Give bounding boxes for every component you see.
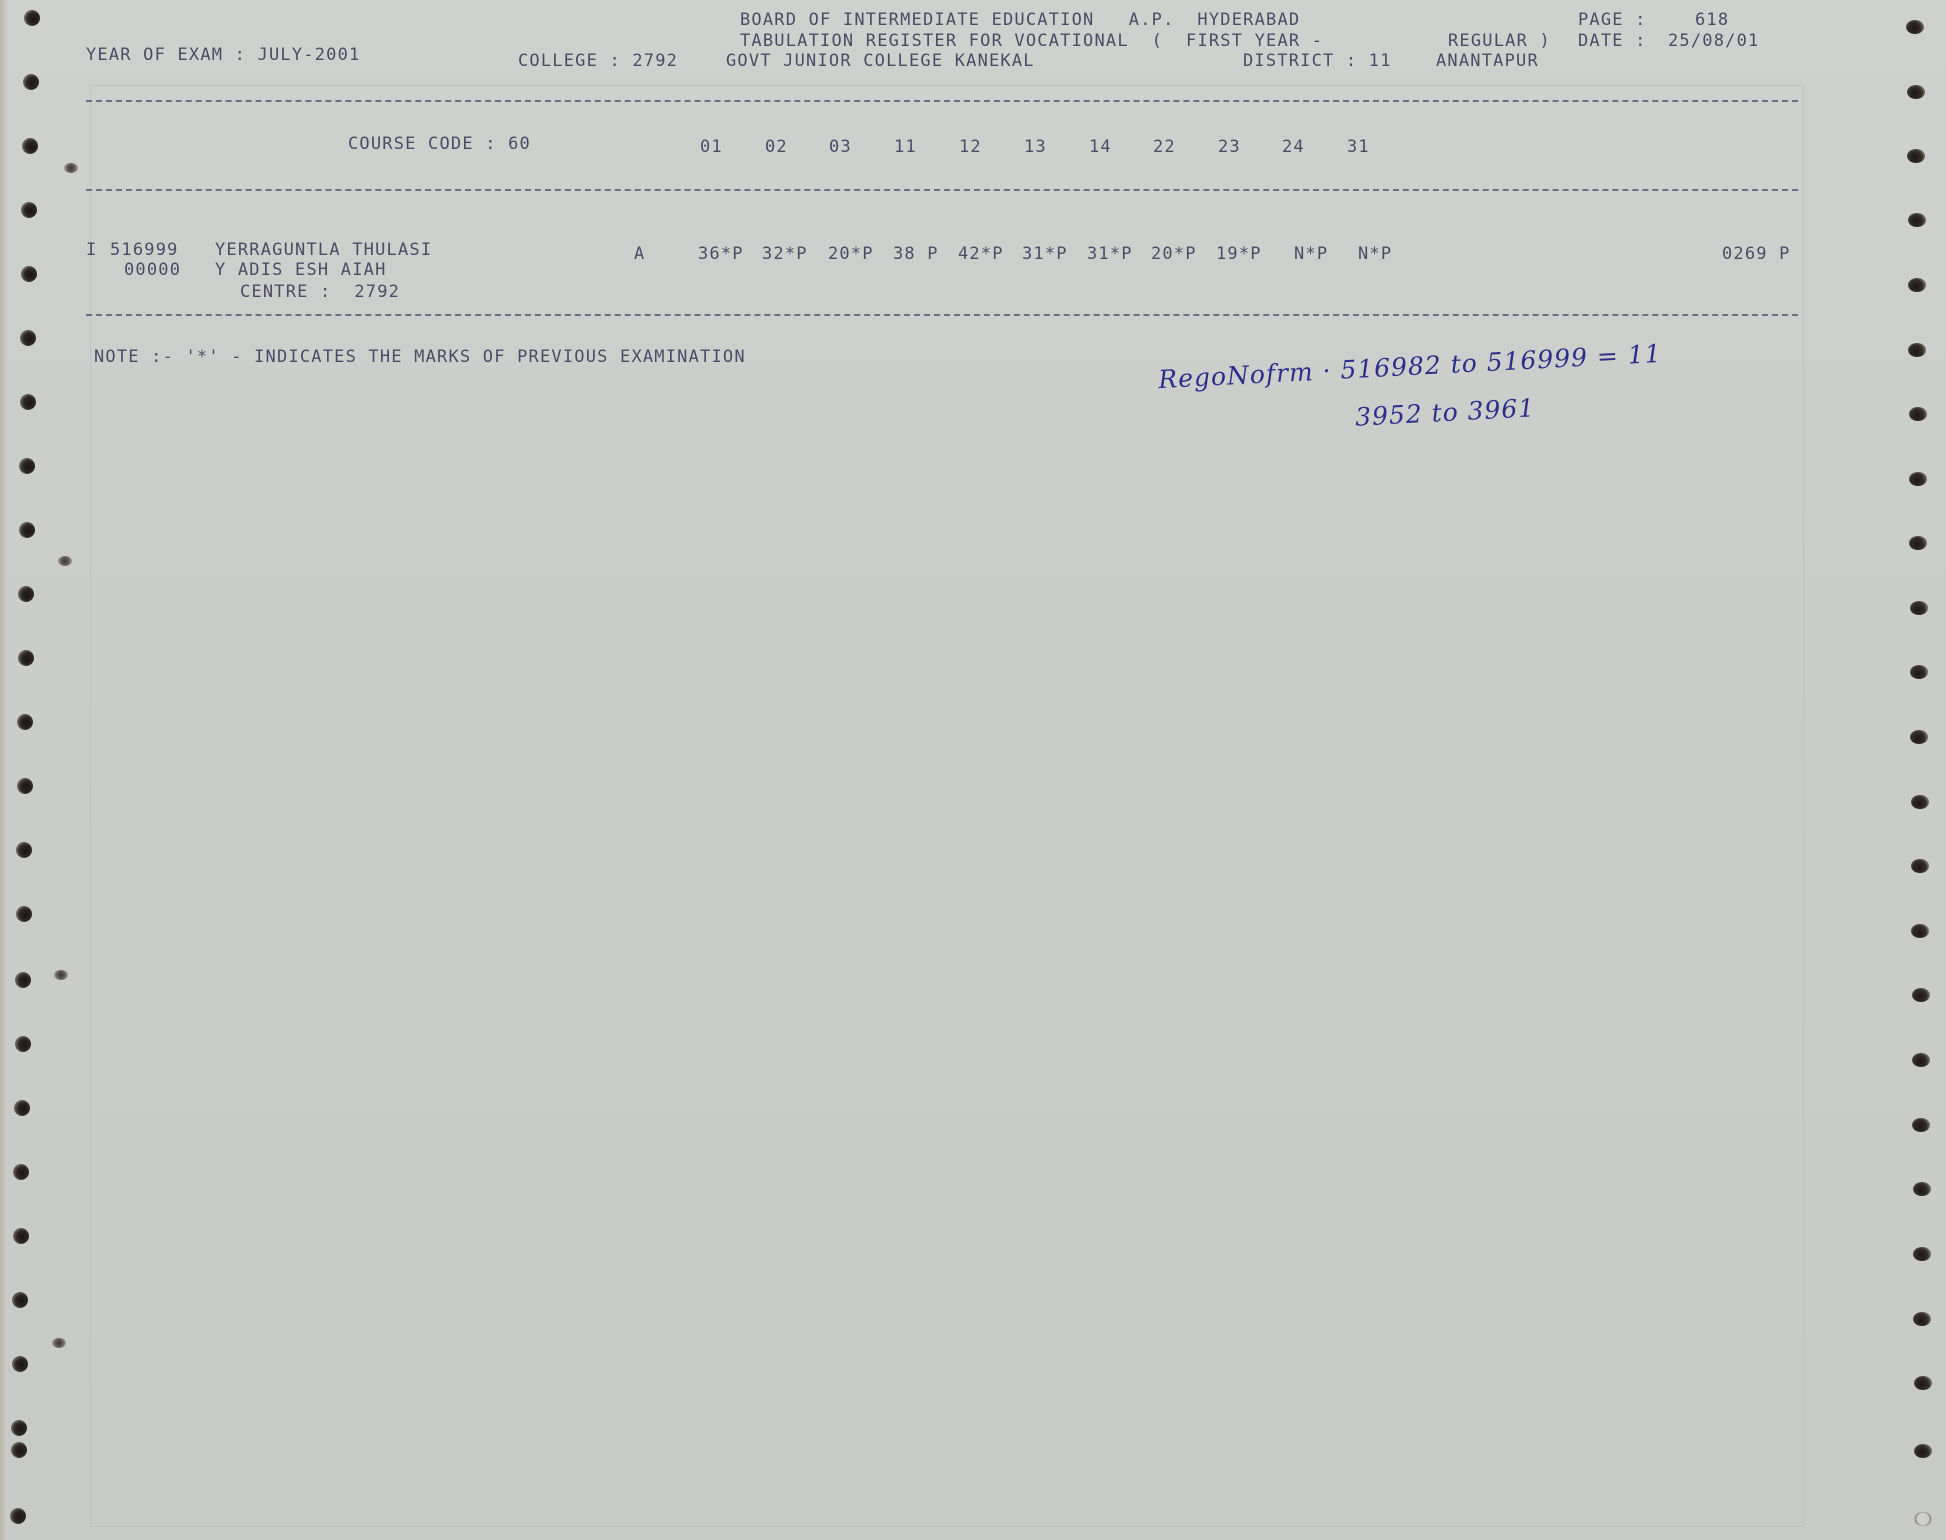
college-name: GOVT JUNIOR COLLEGE KANEKAL [726, 51, 1035, 71]
feed-hole-icon [20, 394, 36, 410]
year-of-exam: YEAR OF EXAM : JULY-2001 [86, 45, 360, 65]
feed-hole-icon [17, 778, 33, 794]
feed-hole-icon [1907, 149, 1925, 163]
feed-hole-icon [1914, 1512, 1932, 1526]
feed-hole-icon [1908, 278, 1926, 292]
feed-hole-icon [1913, 1312, 1931, 1326]
feed-hole-icon [18, 650, 34, 666]
feed-hole-icon [21, 202, 37, 218]
subject-mark: N*P [1294, 244, 1328, 264]
page-number: 618 [1695, 10, 1729, 30]
separator-line [86, 100, 1798, 102]
feed-hole-icon [13, 1164, 29, 1180]
ink-smudge [52, 1338, 66, 1348]
subject-mark: 20*P [828, 244, 874, 264]
feed-hole-icon [11, 1442, 27, 1458]
subject-code: 23 [1218, 137, 1241, 157]
register-number: 516999 [110, 240, 179, 260]
college-code: COLLEGE : 2792 [518, 51, 678, 71]
feed-hole-icon [1911, 924, 1929, 938]
subject-mark: 20*P [1151, 244, 1197, 264]
group: A [634, 244, 645, 264]
subject-mark: 42*P [958, 244, 1004, 264]
ink-smudge [58, 556, 72, 566]
page-label: PAGE : [1578, 10, 1647, 30]
total-marks: 0269 P [1722, 244, 1791, 264]
feed-hole-icon [1910, 601, 1928, 615]
subject-mark: 36*P [698, 244, 744, 264]
feed-hole-icon [1911, 795, 1929, 809]
feed-hole-icon [1911, 859, 1929, 873]
subject-code: 13 [1024, 137, 1047, 157]
feed-hole-icon [1908, 213, 1926, 227]
feed-hole-icon [1909, 472, 1927, 486]
register-title: TABULATION REGISTER FOR VOCATIONAL ( FIR… [740, 31, 1323, 51]
feed-hole-icon [14, 1100, 30, 1116]
feed-hole-icon [1907, 85, 1925, 99]
ink-smudge [54, 970, 68, 980]
centre: CENTRE : 2792 [240, 282, 400, 302]
tractor-feed-strip [0, 0, 8, 1540]
father-name: Y ADIS ESH AIAH [215, 260, 387, 280]
feed-hole-icon [12, 1292, 28, 1308]
subject-code: 31 [1347, 137, 1370, 157]
feed-hole-icon [17, 714, 33, 730]
separator-line [86, 189, 1798, 191]
feed-hole-icon [1913, 1182, 1931, 1196]
sub-code: 00000 [124, 260, 181, 280]
subject-code: 14 [1089, 137, 1112, 157]
feed-hole-icon [1914, 1376, 1932, 1390]
subject-mark: 19*P [1216, 244, 1262, 264]
feed-hole-icon [15, 972, 31, 988]
feed-hole-icon [21, 266, 37, 282]
subject-code: 12 [959, 137, 982, 157]
note-text: NOTE :- '*' - INDICATES THE MARKS OF PRE… [94, 347, 746, 367]
feed-hole-icon [1912, 1118, 1930, 1132]
feed-hole-icon [1913, 1247, 1931, 1261]
student-name: YERRAGUNTLA THULASI [215, 240, 432, 260]
feed-hole-icon [13, 1228, 29, 1244]
feed-hole-icon [1909, 407, 1927, 421]
ink-smudge [64, 163, 78, 173]
district-name: ANANTAPUR [1436, 51, 1539, 71]
feed-hole-icon [1912, 1053, 1930, 1067]
feed-hole-icon [1912, 988, 1930, 1002]
feed-hole-icon [16, 906, 32, 922]
subject-code: 01 [700, 137, 723, 157]
board-title: BOARD OF INTERMEDIATE EDUCATION A.P. HYD… [740, 10, 1300, 30]
feed-hole-icon [18, 586, 34, 602]
subject-mark: 38 P [893, 244, 939, 264]
feed-hole-icon [20, 330, 36, 346]
subject-mark: N*P [1358, 244, 1392, 264]
feed-hole-icon [23, 74, 39, 90]
feed-hole-icon [19, 458, 35, 474]
subject-code: 22 [1153, 137, 1176, 157]
feed-hole-icon [1914, 1444, 1932, 1458]
feed-hole-icon [19, 522, 35, 538]
subject-mark: 32*P [762, 244, 808, 264]
feed-hole-icon [1909, 536, 1927, 550]
exam-type: REGULAR ) [1448, 31, 1551, 51]
feed-hole-icon [1906, 20, 1924, 34]
scanned-page: BOARD OF INTERMEDIATE EDUCATION A.P. HYD… [0, 0, 1946, 1540]
feed-hole-icon [22, 138, 38, 154]
subject-mark: 31*P [1087, 244, 1133, 264]
feed-hole-icon [1908, 343, 1926, 357]
district-code: DISTRICT : 11 [1243, 51, 1392, 71]
feed-hole-icon [10, 1508, 26, 1524]
subject-code: 24 [1282, 137, 1305, 157]
date-label: DATE : [1578, 31, 1647, 51]
subject-code: 03 [829, 137, 852, 157]
feed-hole-icon [16, 842, 32, 858]
separator-line [86, 314, 1798, 316]
course-code: COURSE CODE : 60 [348, 134, 531, 154]
feed-hole-icon [24, 10, 40, 26]
subject-code: 02 [765, 137, 788, 157]
feed-hole-icon [15, 1036, 31, 1052]
subject-mark: 31*P [1022, 244, 1068, 264]
record-prefix: I [86, 240, 97, 260]
feed-hole-icon [1910, 730, 1928, 744]
feed-hole-icon [12, 1356, 28, 1372]
feed-hole-icon [1910, 665, 1928, 679]
feed-hole-icon [11, 1420, 27, 1436]
subject-code: 11 [894, 137, 917, 157]
date-value: 25/08/01 [1668, 31, 1759, 51]
